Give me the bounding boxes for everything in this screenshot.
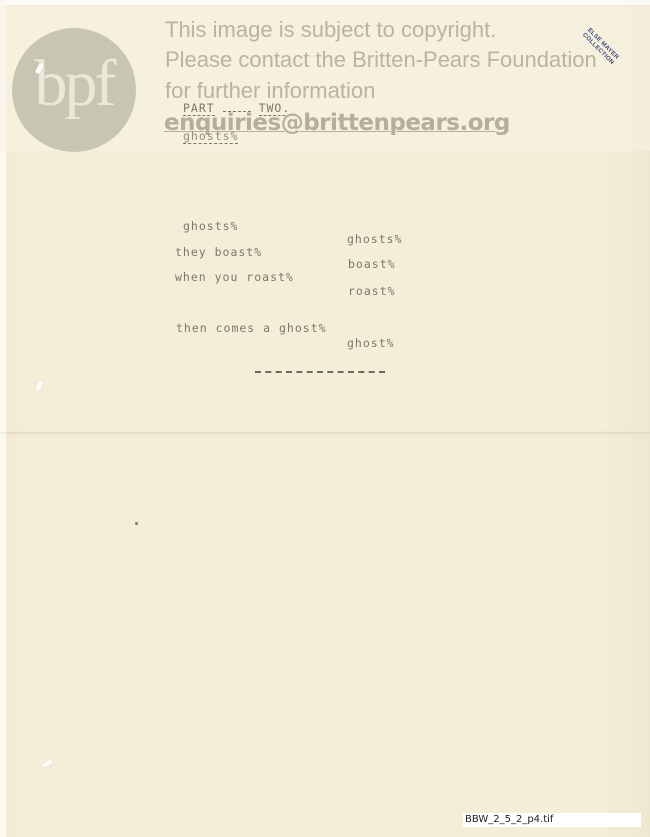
watermark-line-2: Please contact the Britten-Pears Foundat…: [165, 47, 597, 73]
poem-line-3: when you roast%: [175, 270, 294, 284]
rhyme-word-4: ghost%: [347, 336, 395, 350]
poem-line-2: they boast%: [175, 245, 262, 259]
section-subtitle: ghosts%: [183, 129, 238, 144]
filename-label: BBW_2_5_2_p4.tif: [463, 813, 641, 827]
watermark-line-1: This image is subject to copyright.: [165, 17, 496, 43]
rhyme-word-1: ghosts%: [347, 232, 402, 246]
paper-fold: [0, 432, 650, 434]
ink-spot: [135, 522, 138, 525]
rhyme-word-2: boast%: [348, 257, 396, 271]
rhyme-word-3: roast%: [348, 284, 396, 298]
poem-line-4: then comes a ghost%: [176, 321, 327, 335]
poem-line-1: ghosts%: [183, 219, 238, 233]
bpf-logo-text: bpf: [12, 46, 136, 122]
typed-dash-rule: [255, 371, 385, 373]
page-top-edge: [0, 0, 650, 5]
bpf-logo: bpf: [12, 28, 136, 152]
